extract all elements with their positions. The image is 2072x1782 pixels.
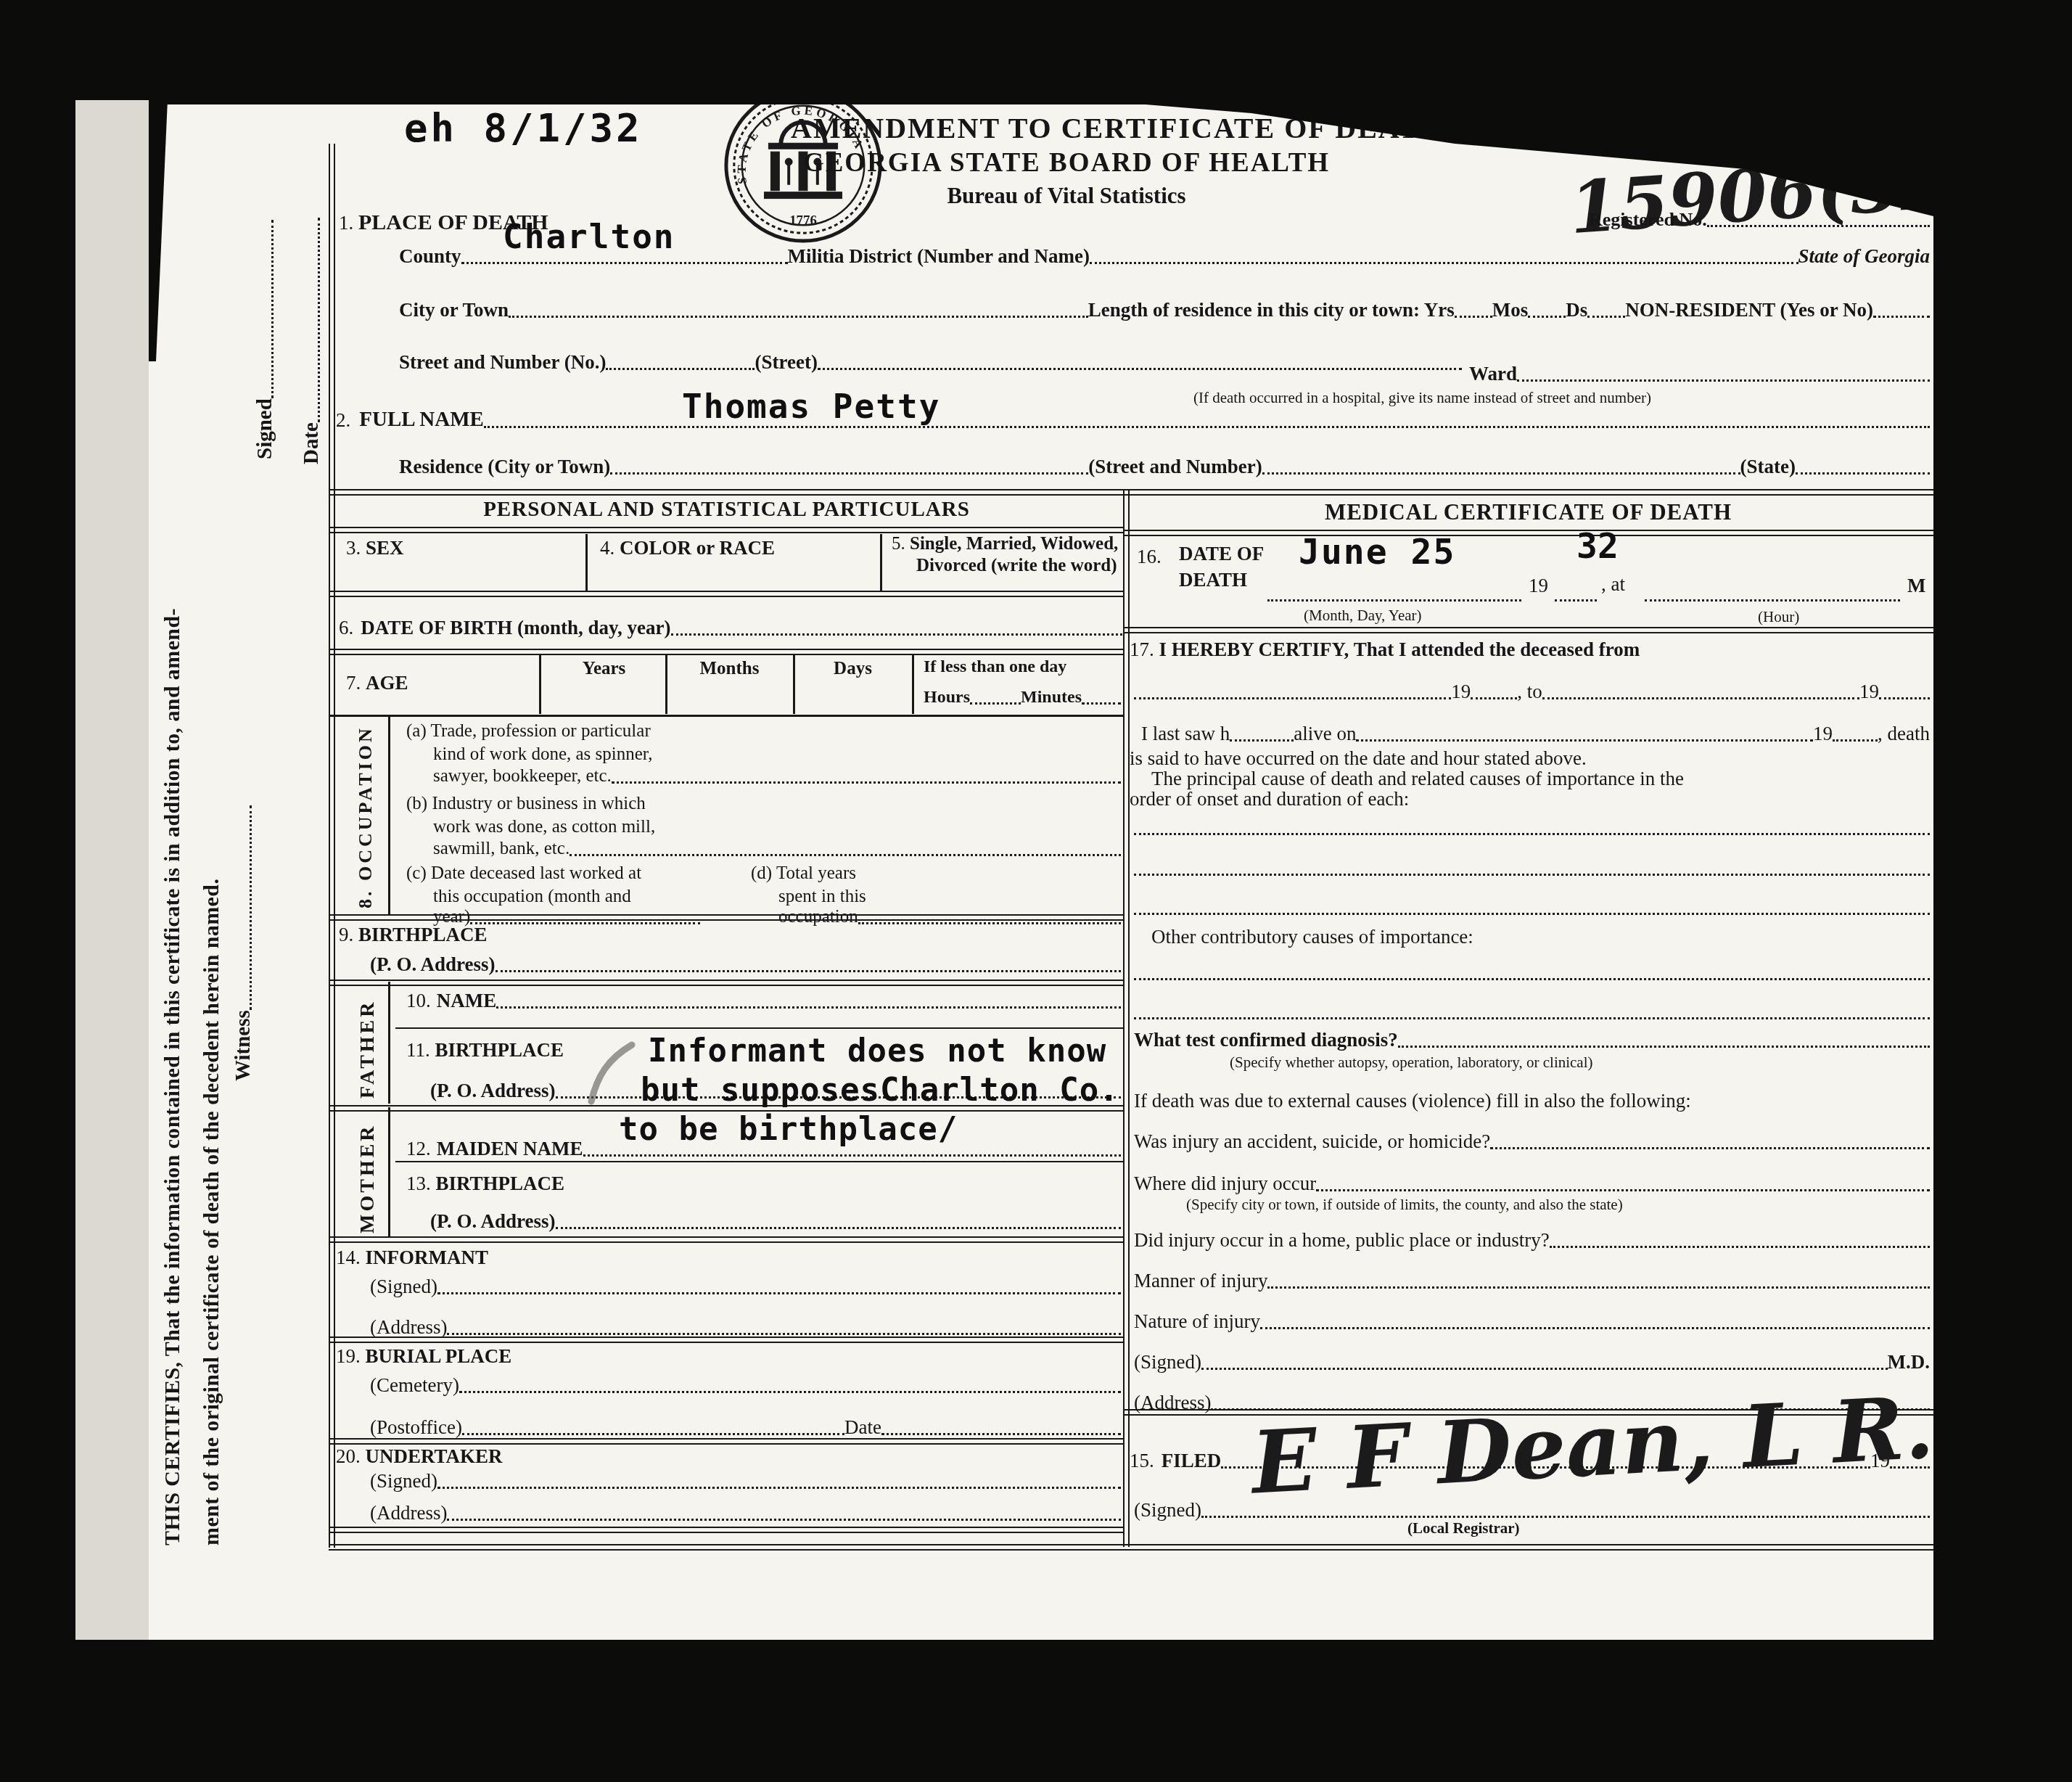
cause-blank-3: [1134, 911, 1930, 915]
columns-top-rule: [329, 489, 1933, 496]
dod-year-blank: [1555, 598, 1597, 601]
full-name-row: 2. FULL NAME: [336, 408, 1930, 432]
residence-state-label: (State): [1740, 456, 1796, 478]
test-label: What test confirmed diagnosis?: [1134, 1029, 1398, 1051]
undertaker-signed-label: (Signed): [370, 1470, 437, 1492]
informant-label: INFORMANT: [366, 1247, 489, 1268]
md-signed-blank: [1201, 1366, 1888, 1370]
date-blank: [316, 218, 320, 422]
registered-number-value: 15906(32: [1567, 142, 1933, 250]
occ-c-line2: this occupation (month and: [433, 887, 631, 908]
place-sec: 1.: [339, 212, 353, 234]
bp-po-blank: [496, 969, 1121, 972]
dob-sec: 6.: [339, 617, 353, 639]
document-subtitle: GEORGIA STATE BOARD OF HEALTH: [791, 148, 1342, 179]
md-label: M.D.: [1888, 1351, 1930, 1374]
county-blank: [461, 260, 788, 264]
mother-name-label: MAIDEN NAME: [437, 1138, 583, 1160]
father-vertical-label: FATHER: [356, 999, 379, 1099]
document-title: AMENDMENT TO CERTIFICATE OF DEATH: [791, 112, 1342, 145]
registrar-signed-label: (Signed): [1134, 1499, 1201, 1522]
color-label: COLOR or RACE: [620, 537, 775, 559]
manner-row: Manner of injury: [1134, 1270, 1930, 1292]
where-injury-row: Where did injury occur: [1134, 1173, 1930, 1195]
age-sec: 7.: [346, 672, 361, 694]
birthplace-po-row: (P. O. Address): [370, 953, 1121, 976]
age-days-header: Days: [797, 659, 909, 680]
dod-label1: DATE OF: [1179, 543, 1264, 565]
registrar-signed-blank: [1201, 1514, 1930, 1518]
city-blank: [509, 314, 1088, 318]
contributory-blank-1: [1134, 977, 1930, 980]
color-sec: 4.: [600, 537, 614, 559]
street-number-label: Street and Number (No.): [399, 351, 606, 374]
age-heading: 7. AGE: [346, 672, 408, 694]
street-blank: [818, 366, 1462, 370]
color-marital-divider: [880, 534, 882, 591]
informant-signed-row: (Signed): [370, 1276, 1121, 1298]
left-column-bottom-rule: [329, 1527, 1125, 1533]
age-label: AGE: [366, 672, 408, 694]
occ-d-line1: (d) Total years: [751, 863, 856, 884]
bp-sec: 9.: [339, 924, 353, 945]
undertaker-address-blank: [447, 1517, 1121, 1521]
mother-name-rule: [395, 1161, 1125, 1162]
home-injury-row: Did injury occur in a home, public place…: [1134, 1229, 1930, 1252]
burial-rule: [329, 1438, 1125, 1445]
informant-address-row: (Address): [370, 1316, 1121, 1339]
dod-m: M: [1907, 575, 1925, 597]
age-col-divider-3: [793, 654, 795, 714]
mother-divider: [388, 1107, 390, 1236]
signed-label: Signed: [253, 398, 277, 459]
city-row: City or Town Length of residence in this…: [399, 299, 1930, 321]
date-stamp: eh 8/1/32: [404, 106, 643, 151]
sex-heading: 3. SEX: [346, 537, 404, 559]
postoffice-blank: [462, 1432, 844, 1435]
burial-heading: 19. BURIAL PLACE: [336, 1345, 511, 1368]
yrs-blank: [1455, 314, 1492, 318]
non-resident-blank: [1873, 314, 1930, 318]
occ-b-blank: [570, 853, 1121, 856]
dod-19: 19: [1529, 575, 1548, 597]
residence-street-label: (Street and Number): [1088, 456, 1262, 478]
dod-label2: DEATH: [1179, 569, 1247, 591]
occ-b-line1: (b) Industry or business in which: [406, 794, 646, 815]
county-value-typed: Charlton: [503, 218, 675, 256]
dod-blank: [1267, 598, 1521, 601]
father-bp-label: BIRTHPLACE: [435, 1039, 564, 1061]
where-injury-sub-note: (Specify city or town, if outside of lim…: [1186, 1196, 1623, 1213]
test-blank: [1398, 1044, 1930, 1048]
accident-row: Was injury an accident, suicide, or homi…: [1134, 1130, 1930, 1153]
medical-certificate-header: MEDICAL CERTIFICATE OF DEATH: [1125, 499, 1932, 525]
occupation-divider: [388, 717, 390, 914]
age-col-divider-2: [665, 654, 667, 714]
marital-sec: 5.: [892, 534, 905, 554]
last-saw-year-blank: [1833, 738, 1878, 742]
mother-vertical-label: MOTHER: [356, 1123, 379, 1233]
residence-street-blank: [1262, 471, 1740, 475]
occ-b-line3-row: sawmill, bank, etc.: [433, 839, 1121, 860]
color-race-heading: 4. COLOR or RACE: [600, 537, 775, 559]
certify-sec: 17.: [1130, 639, 1154, 660]
mother-po-label: (P. O. Address): [430, 1210, 556, 1233]
seal-bottom-text: 1776: [789, 213, 817, 229]
city-or-town-label: City or Town: [399, 299, 509, 321]
cause-blank-2: [1134, 872, 1930, 876]
occ-d-blank: [858, 921, 1121, 924]
test-sub-note: (Specify whether autopsy, operation, lab…: [1230, 1054, 1593, 1071]
dob-label: DATE OF BIRTH (month, day, year): [361, 617, 670, 639]
annotation-line2-typed: but supposesCharlton Co.: [641, 1072, 1119, 1109]
attended-to-year-blank: [1879, 696, 1930, 699]
dob-blank: [671, 632, 1122, 636]
filed-sec: 15.: [1130, 1450, 1154, 1472]
bp-label: BIRTHPLACE: [358, 924, 488, 945]
informant-address-blank: [447, 1331, 1121, 1335]
hours-minutes-row: Hours Minutes: [924, 688, 1121, 708]
dod-sec: 16.: [1137, 546, 1162, 568]
burial-sec: 19.: [336, 1345, 361, 1367]
dod-year-typed: 32: [1576, 527, 1619, 567]
birthplace-heading: 9. BIRTHPLACE: [339, 924, 488, 946]
undertaker-address-label: (Address): [370, 1502, 447, 1524]
father-po-label: (P. O. Address): [430, 1080, 556, 1102]
signed-blank: [270, 220, 274, 398]
postoffice-label: (Postoffice): [370, 1416, 462, 1439]
county-label: County: [399, 245, 461, 268]
attended-from-year-blank: [1471, 696, 1517, 699]
residence-label: Residence (City or Town): [399, 456, 610, 478]
dob-rule: [329, 649, 1125, 655]
mother-bp-heading: 13. BIRTHPLACE: [406, 1173, 564, 1195]
dod-rule: [1125, 627, 1933, 633]
undertaker-signed-blank: [437, 1485, 1121, 1489]
cemetery-blank: [459, 1389, 1121, 1393]
occ-a-line2: kind of work done, as spinner,: [433, 744, 652, 765]
accident-blank: [1490, 1146, 1930, 1149]
certify-line: 17. I HEREBY CERTIFY, That I attended th…: [1130, 639, 1640, 661]
last-saw-blank2: [1356, 738, 1813, 742]
column-divider: [1123, 489, 1130, 1547]
militia-district-blank: [1090, 260, 1798, 264]
marital-line2: Divorced (write the word): [916, 556, 1117, 577]
principal-cause-line2: order of onset and duration of each:: [1130, 788, 1409, 810]
sex-color-divider: [585, 534, 588, 591]
margin-signed-line: Signed: [253, 220, 277, 459]
registered-number-line: Registered No.: [1589, 209, 1930, 231]
occ-d-line2: spent in this: [778, 887, 866, 908]
occ-c-line1: (c) Date deceased last worked at: [406, 863, 641, 884]
marital-heading: 5. Single, Married, Widowed,: [892, 534, 1118, 555]
mother-name-blank: [583, 1153, 1122, 1157]
pen-checkmark-icon: [581, 1040, 639, 1106]
mother-rule: [329, 1236, 1125, 1243]
bp-po-label: (P. O. Address): [370, 953, 496, 976]
ds-blank: [1587, 314, 1625, 318]
cause-blank-1: [1134, 832, 1930, 835]
manner-label: Manner of injury: [1134, 1270, 1267, 1292]
scanned-death-certificate: THIS CERTIFIES, That the information con…: [0, 0, 2072, 1782]
birthplace-rule: [329, 980, 1125, 986]
principal-cause-line1: The principal cause of death and related…: [1151, 768, 1684, 790]
margin-certifies-line2: ment of the original certificate of deat…: [200, 879, 225, 1545]
full-name-sec: 2.: [336, 409, 350, 432]
annotation-line1-typed: Informant does not know: [648, 1033, 1106, 1070]
mother-name-row: 12. MAIDEN NAME: [406, 1138, 1121, 1160]
where-injury-label: Where did injury occur: [1134, 1173, 1316, 1195]
occupation-vertical-label: 8. OCCUPATION: [355, 726, 377, 908]
mother-po-blank: [556, 1225, 1121, 1229]
street-label: (Street): [755, 351, 817, 374]
page-edge-strip: [75, 100, 149, 1640]
cemetery-row: (Cemetery): [370, 1374, 1121, 1397]
attended-to-blank: [1542, 696, 1859, 699]
full-name-label: FULL NAME: [359, 408, 484, 432]
informant-signed-label: (Signed): [370, 1276, 437, 1298]
non-resident-label: NON-RESIDENT (Yes or No): [1625, 299, 1873, 321]
bureau-line: Bureau of Vital Statistics: [791, 183, 1342, 209]
postoffice-row: (Postoffice) Date: [370, 1416, 1121, 1439]
certificate-paper: THIS CERTIFIES, That the information con…: [149, 100, 1933, 1640]
witness-label: Witness: [231, 1010, 255, 1081]
margin-date-line: Date: [300, 218, 324, 464]
minutes-label: Minutes: [1021, 688, 1082, 708]
date-label: Date: [300, 422, 324, 464]
occ-b-line2: work was done, as cotton mill,: [433, 817, 655, 838]
registered-number-label: Registered No.: [1589, 209, 1707, 231]
father-name-sec: 10.: [406, 990, 431, 1012]
full-name-value-typed: Thomas Petty: [682, 387, 940, 426]
age-col-divider-4: [912, 654, 914, 714]
informant-signed-blank: [437, 1291, 1121, 1294]
street-number-blank: [606, 366, 755, 370]
informant-heading: 14. INFORMANT: [336, 1247, 488, 1269]
father-name-label: NAME: [437, 990, 497, 1012]
father-name-blank: [496, 1005, 1121, 1009]
mother-name-sec: 12.: [406, 1138, 431, 1160]
undertaker-signed-row: (Signed): [370, 1470, 1121, 1492]
dod-sub-hour: (Hour): [1758, 608, 1799, 625]
occ-sec: 8.: [355, 889, 376, 909]
attended-to-19: 19: [1859, 681, 1879, 703]
marital-line1: Single, Married, Widowed,: [910, 534, 1118, 554]
age-months-header: Months: [670, 659, 789, 680]
occ-a-line3-row: sawyer, bookkeeper, etc.: [433, 766, 1121, 787]
nature-row: Nature of injury: [1134, 1310, 1930, 1333]
dod-hour-blank: [1645, 598, 1900, 601]
ds-label: Ds: [1566, 299, 1587, 321]
father-divider: [388, 982, 390, 1104]
last-saw-blank1: [1230, 738, 1294, 742]
occ-a-line3: sawyer, bookkeeper, etc.: [433, 766, 612, 787]
last-saw-text3: , death: [1878, 723, 1930, 745]
margin-witness-line: Witness: [231, 805, 255, 1081]
occ-c-blank: [470, 921, 700, 924]
contributory-label: Other contributory causes of importance:: [1151, 926, 1473, 948]
medical-header-rule: [1125, 530, 1933, 536]
certify-text: I HEREBY CERTIFY, That I attended the de…: [1159, 639, 1640, 660]
mother-bp-sec: 13.: [406, 1173, 431, 1194]
where-injury-blank: [1316, 1188, 1930, 1191]
occ-a-blank: [612, 780, 1121, 784]
home-injury-label: Did injury occur in a home, public place…: [1134, 1229, 1550, 1252]
ward-label: Ward: [1469, 363, 1517, 385]
minutes-blank: [1082, 701, 1121, 705]
attended-from-blank: [1134, 696, 1451, 699]
residence-blank: [610, 471, 1088, 475]
father-name-rule: [395, 1027, 1125, 1029]
manner-blank: [1267, 1285, 1930, 1289]
occ-label: OCCUPATION: [355, 726, 376, 881]
age-rule: [329, 715, 1125, 717]
burial-date-label: Date: [844, 1416, 881, 1439]
hospital-note: (If death occurred in a hospital, give i…: [1193, 389, 1651, 406]
informant-address-label: (Address): [370, 1316, 447, 1339]
date-of-birth-row: 6. DATE OF BIRTH (month, day, year): [339, 617, 1122, 639]
attended-to: , to: [1517, 681, 1542, 703]
age-col-divider-1: [539, 654, 541, 714]
occ-b-line3: sawmill, bank, etc.: [433, 839, 570, 860]
age-years-header: Years: [544, 659, 664, 680]
home-injury-blank: [1550, 1244, 1930, 1248]
ward-blank: [1517, 378, 1930, 382]
hours-label: Hours: [924, 688, 970, 708]
md-signed-row: (Signed) M.D.: [1134, 1351, 1930, 1374]
mother-bp-label: BIRTHPLACE: [436, 1173, 565, 1194]
local-registrar-caption: (Local Registrar): [1407, 1519, 1520, 1537]
father-name-row: 10. NAME: [406, 990, 1121, 1012]
form-bottom-border: [329, 1544, 1933, 1551]
contributory-blank-2: [1134, 1016, 1930, 1019]
sex-sec: 3.: [346, 537, 361, 559]
occupation-rule: [329, 914, 1125, 921]
ward-row: Ward: [1469, 363, 1930, 385]
md-signed-label: (Signed): [1134, 1351, 1201, 1374]
burial-label: BURIAL PLACE: [366, 1345, 512, 1367]
mos-blank: [1528, 314, 1566, 318]
filed-label: FILED: [1162, 1450, 1222, 1472]
dod-value-typed: June 25: [1299, 533, 1455, 572]
undertaker-label: UNDERTAKER: [366, 1445, 503, 1467]
accident-label: Was injury an accident, suicide, or homi…: [1134, 1130, 1490, 1153]
occurred-line: is said to have occurred on the date and…: [1130, 747, 1587, 770]
cemetery-label: (Cemetery): [370, 1374, 459, 1397]
last-saw-text2: alive on: [1294, 723, 1356, 745]
margin-certifies-line1: THIS CERTIFIES, That the information con…: [160, 608, 186, 1545]
residence-state-blank: [1796, 471, 1930, 475]
witness-blank: [248, 805, 252, 1010]
mother-po-row: (P. O. Address): [430, 1210, 1121, 1233]
sex-row-rule: [329, 591, 1125, 597]
father-bp-heading: 11. BIRTHPLACE: [406, 1039, 564, 1062]
dod-at: , at: [1601, 573, 1625, 596]
mos-label: Mos: [1492, 299, 1529, 321]
militia-district-label: Militia District (Number and Name): [788, 245, 1090, 268]
undertaker-sec: 20.: [336, 1445, 361, 1467]
burial-date-blank: [881, 1432, 1121, 1435]
occ-a-line1: (a) Trade, profession or particular: [406, 721, 651, 742]
sex-label: SEX: [366, 537, 404, 559]
last-saw-row: I last saw h alive on 19 , death: [1141, 723, 1930, 745]
informant-sec: 14.: [336, 1247, 361, 1268]
attended-from-19: 19: [1451, 681, 1471, 703]
undertaker-heading: 20. UNDERTAKER: [336, 1445, 503, 1468]
last-saw-text1: I last saw h: [1141, 723, 1230, 745]
nature-blank: [1260, 1326, 1930, 1329]
last-saw-19: 19: [1813, 723, 1833, 745]
hours-blank: [970, 701, 1021, 705]
residence-length-label: Length of residence in this city or town…: [1088, 299, 1455, 321]
undertaker-address-row: (Address): [370, 1502, 1121, 1524]
external-causes-line: If death was due to external causes (vio…: [1134, 1090, 1691, 1112]
nature-label: Nature of injury: [1134, 1310, 1260, 1333]
age-less-than-header: If less than one day: [924, 657, 1066, 678]
father-bp-sec: 11.: [406, 1039, 430, 1061]
personal-header-rule: [329, 527, 1125, 533]
informant-rule: [329, 1336, 1125, 1343]
registered-number-blank: [1707, 223, 1930, 227]
state-of-georgia-label: State of Georgia: [1798, 245, 1931, 268]
attended-dates-row: 19 , to 19: [1134, 681, 1930, 703]
dod-sub-date: (Month, Day, Year): [1304, 607, 1422, 624]
test-row: What test confirmed diagnosis?: [1134, 1029, 1930, 1051]
street-row: Street and Number (No.) (Street): [399, 351, 1462, 374]
residence-row: Residence (City or Town) (Street and Num…: [399, 456, 1930, 478]
personal-particulars-header: PERSONAL AND STATISTICAL PARTICULARS: [330, 498, 1123, 522]
